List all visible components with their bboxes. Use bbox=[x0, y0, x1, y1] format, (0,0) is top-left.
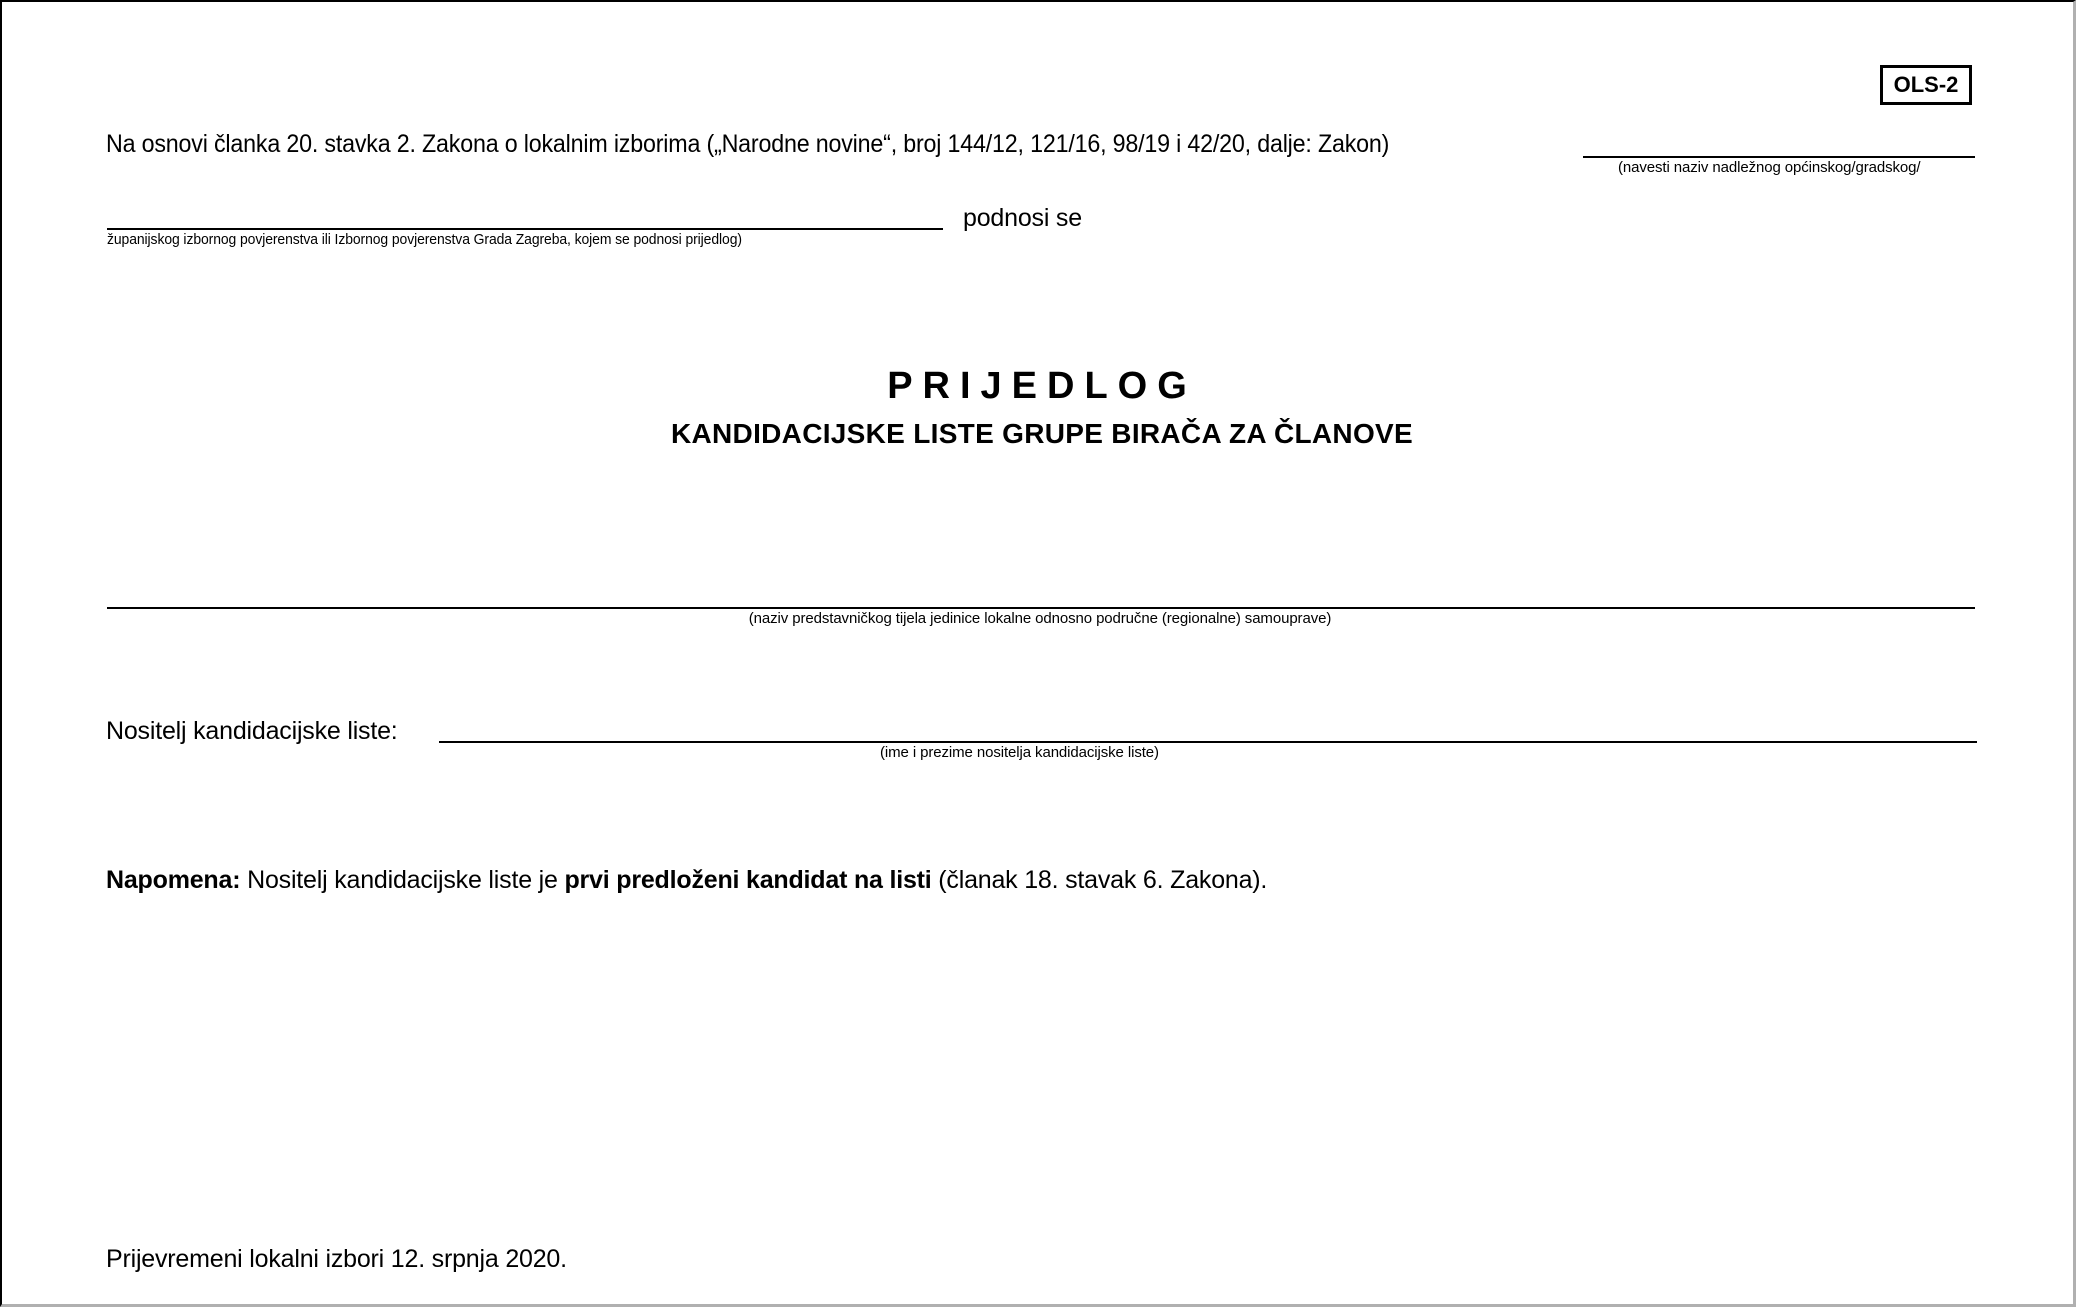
committee-name-field-line-2[interactable] bbox=[107, 228, 943, 230]
note-bold-text: prvi predloženi kandidat na listi bbox=[564, 866, 931, 894]
intro-text: Na osnovi članka 20. stavka 2. Zakona o … bbox=[106, 130, 1389, 159]
representative-body-caption: (naziv predstavničkog tijela jedinice lo… bbox=[2, 610, 2078, 627]
committee-name-field-line-1[interactable] bbox=[1583, 156, 1975, 158]
committee-caption-2: županijskog izbornog povjerenstva ili Iz… bbox=[107, 231, 742, 248]
committee-caption-1: (navesti naziv nadležnog općinskog/grads… bbox=[1618, 159, 1920, 176]
list-holder-label: Nositelj kandidacijske liste: bbox=[106, 717, 398, 746]
form-code-label: OLS-2 bbox=[1894, 72, 1959, 98]
submits-text: podnosi se bbox=[963, 204, 1082, 233]
note-label: Napomena: bbox=[106, 866, 240, 894]
document-subtitle: KANDIDACIJSKE LISTE GRUPE BIRAČA ZA ČLAN… bbox=[2, 418, 2080, 450]
footer-election-date: Prijevremeni lokalni izbori 12. srpnja 2… bbox=[106, 1245, 567, 1274]
note-text-after: (članak 18. stavak 6. Zakona). bbox=[932, 866, 1268, 894]
note-paragraph: Napomena: Nositelj kandidacijske liste j… bbox=[106, 866, 1267, 895]
note-text-before: Nositelj kandidacijske liste je bbox=[240, 866, 564, 894]
list-holder-caption: (ime i prezime nositelja kandidacijske l… bbox=[880, 744, 1159, 761]
form-code-badge: OLS-2 bbox=[1880, 65, 1972, 105]
document-page: OLS-2 Na osnovi članka 20. stavka 2. Zak… bbox=[0, 0, 2076, 1307]
representative-body-field[interactable] bbox=[107, 607, 1975, 609]
list-holder-field[interactable] bbox=[439, 741, 1977, 743]
document-title: PRIJEDLOG bbox=[2, 365, 2080, 408]
